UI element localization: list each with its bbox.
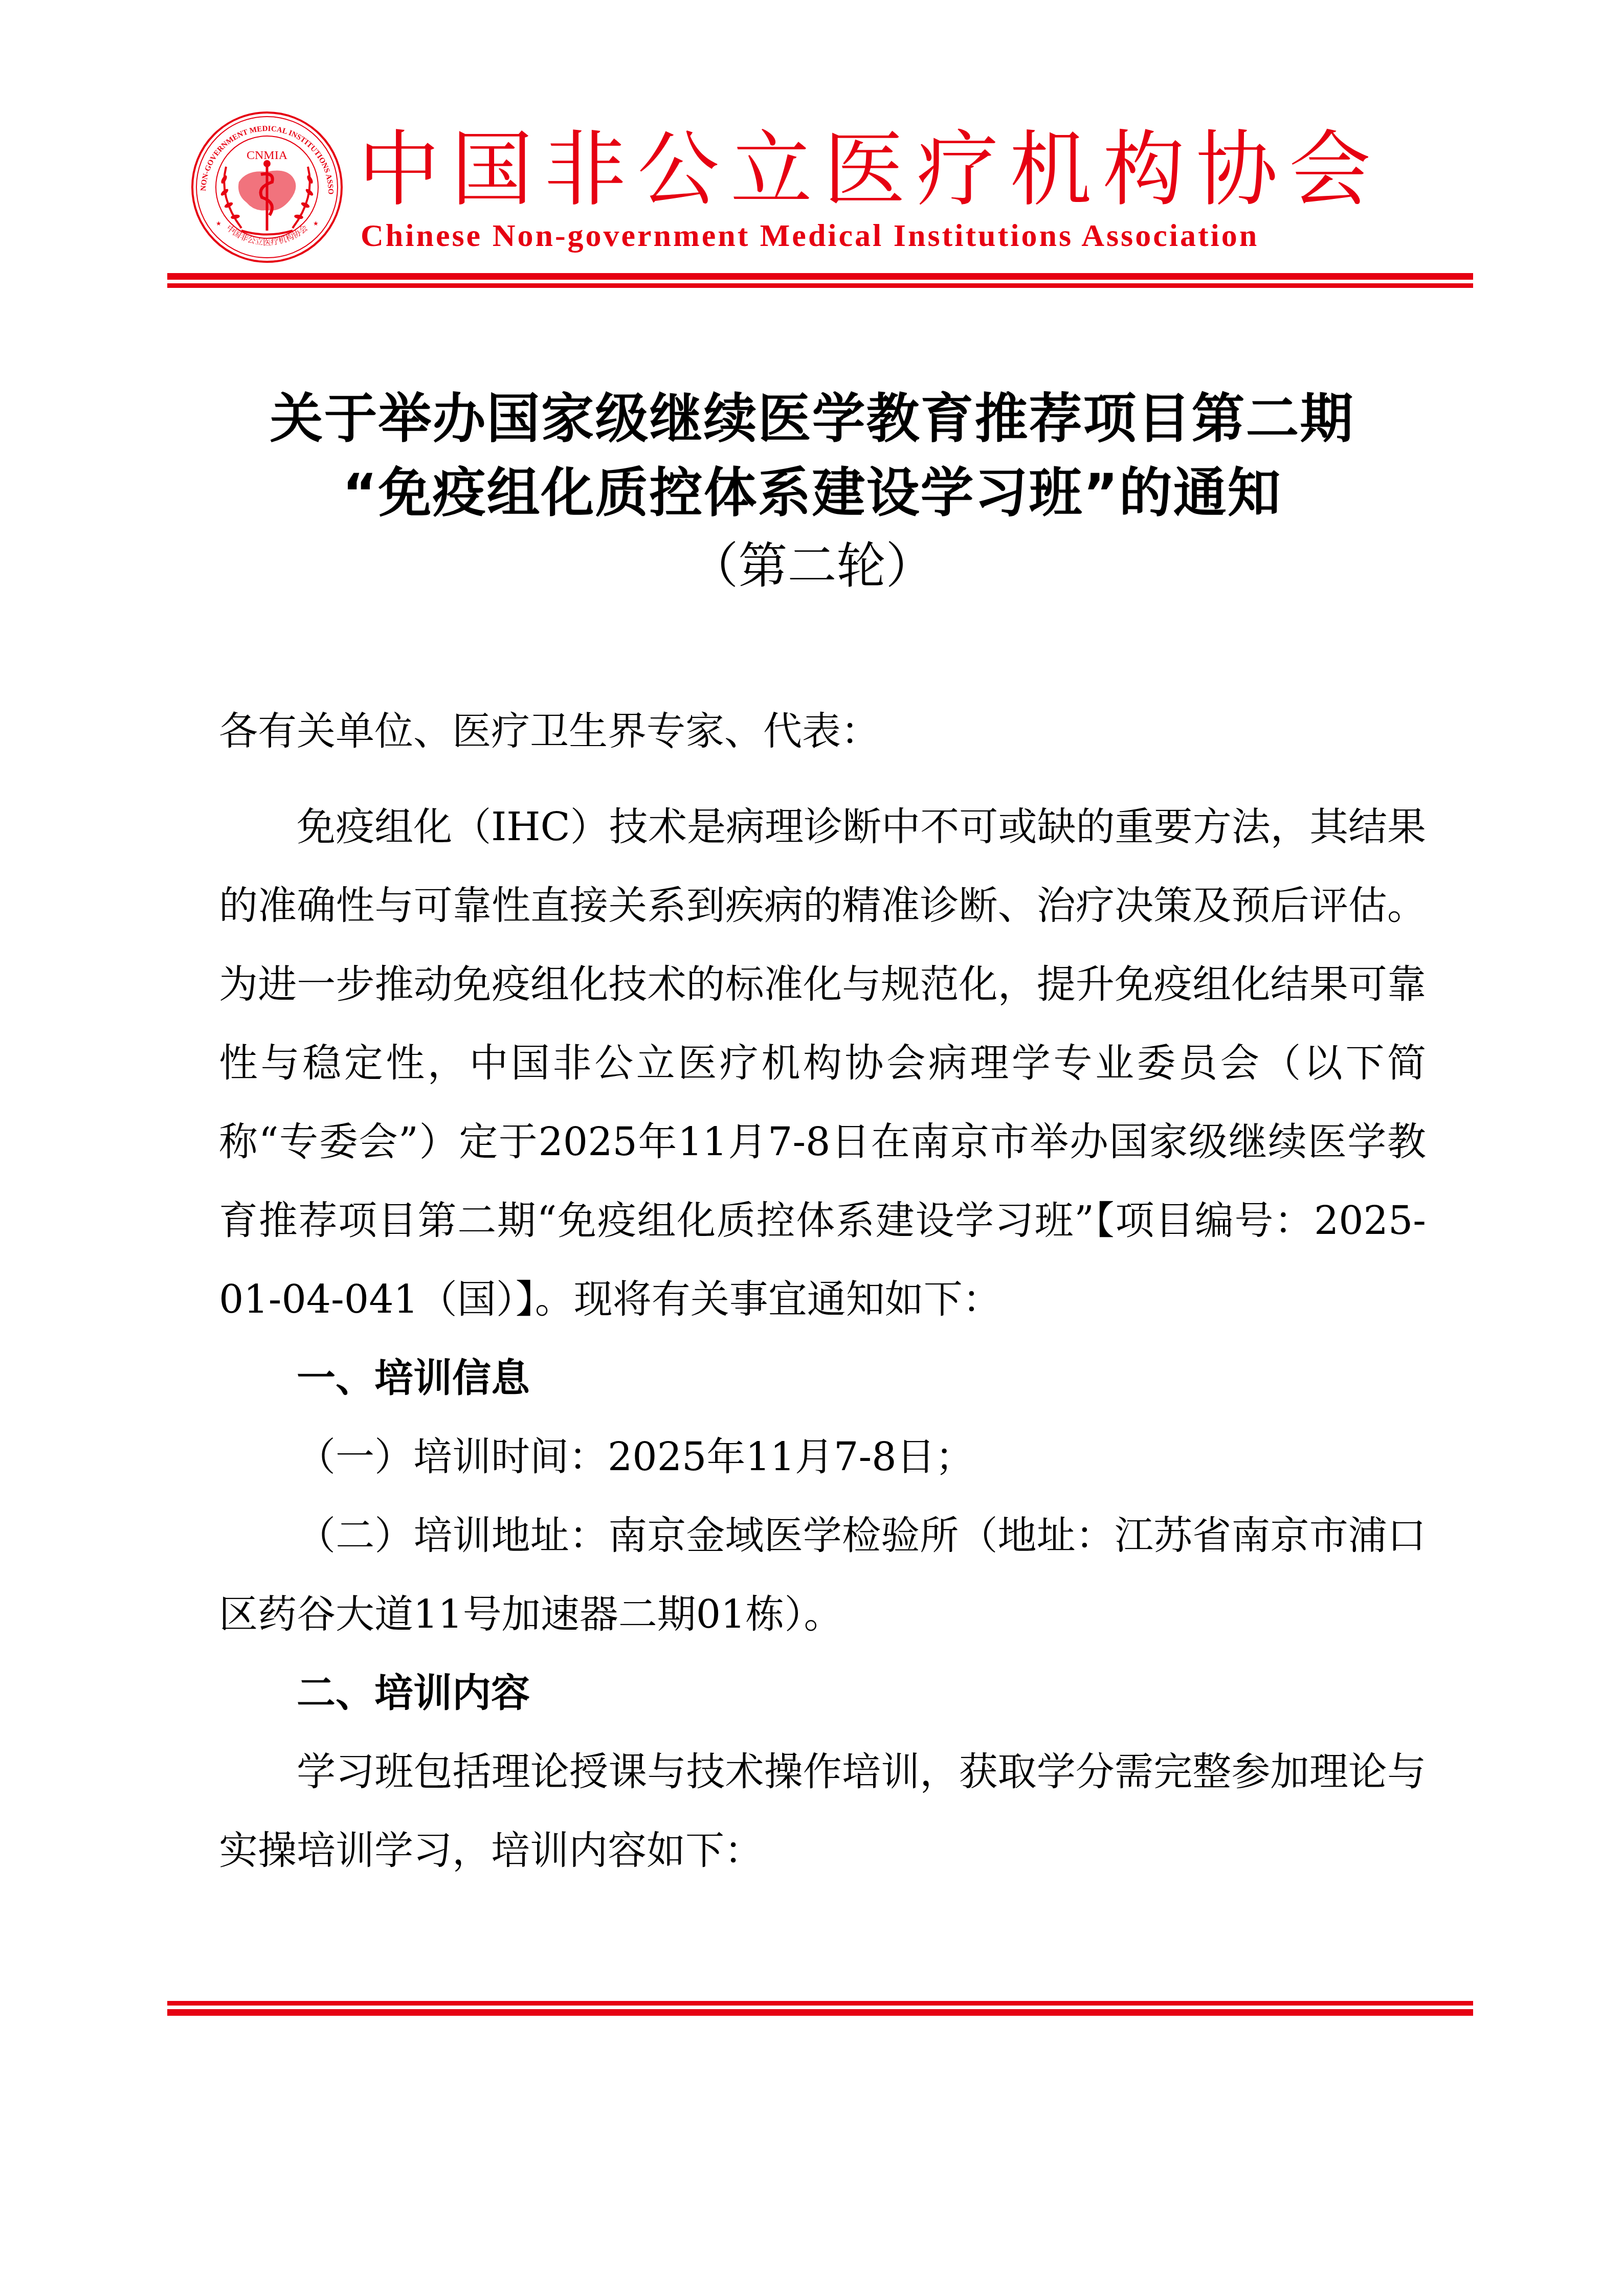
svg-text:★: ★ [216, 220, 221, 227]
document-page: CHINESE NON-GOVERNMENT MEDICAL INSTITUTI… [0, 0, 1624, 2296]
training-content-paragraph: 学习班包括理论授课与技术操作培训，获取学分需完整参加理论与实操培训学习，培训内容… [219, 1732, 1426, 1890]
training-time-item: （一）培训时间：2025年11月7-8日； [219, 1417, 1426, 1496]
org-name-chinese: 中国非公立医疗机构协会 [358, 129, 1382, 211]
footer-rule-thin [167, 2001, 1473, 2006]
training-time-label: （一）培训时间： [297, 1434, 608, 1479]
header-rule-thick [167, 273, 1473, 280]
intro-paragraph: 免疫组化（IHC）技术是病理诊断中不可或缺的重要方法，其结果的准确性与可靠性直接… [219, 787, 1426, 1339]
header-rule-thin [167, 283, 1473, 288]
training-address-item: （二）培训地址：南京金域医学检验所（地址：江苏省南京市浦口区药谷大道11号加速器… [219, 1496, 1426, 1654]
cnmia-logo-icon: CHINESE NON-GOVERNMENT MEDICAL INSTITUTI… [190, 110, 344, 264]
footer-rule-thick [167, 2009, 1473, 2016]
training-address-label: （二）培训地址： [297, 1513, 608, 1558]
svg-text:★: ★ [313, 220, 319, 227]
document-body: 免疫组化（IHC）技术是病理诊断中不可或缺的重要方法，其结果的准确性与可靠性直接… [219, 787, 1426, 1890]
salutation: 各有关单位、医疗卫生界专家、代表： [219, 706, 880, 757]
section-heading-training-content: 二、培训内容 [219, 1654, 1426, 1732]
training-time-value: 2025年11月7-8日； [608, 1434, 974, 1479]
document-title-line1: 关于举办国家级继续医学教育推荐项目第二期 [0, 376, 1624, 453]
org-name-english: Chinese Non-government Medical Instituti… [361, 218, 1259, 254]
section-heading-training-info: 一、培训信息 [219, 1339, 1426, 1417]
document-title-line2: “免疫组化质控体系建设学习班”的通知 [0, 450, 1624, 527]
document-round: （第二轮） [0, 527, 1624, 597]
